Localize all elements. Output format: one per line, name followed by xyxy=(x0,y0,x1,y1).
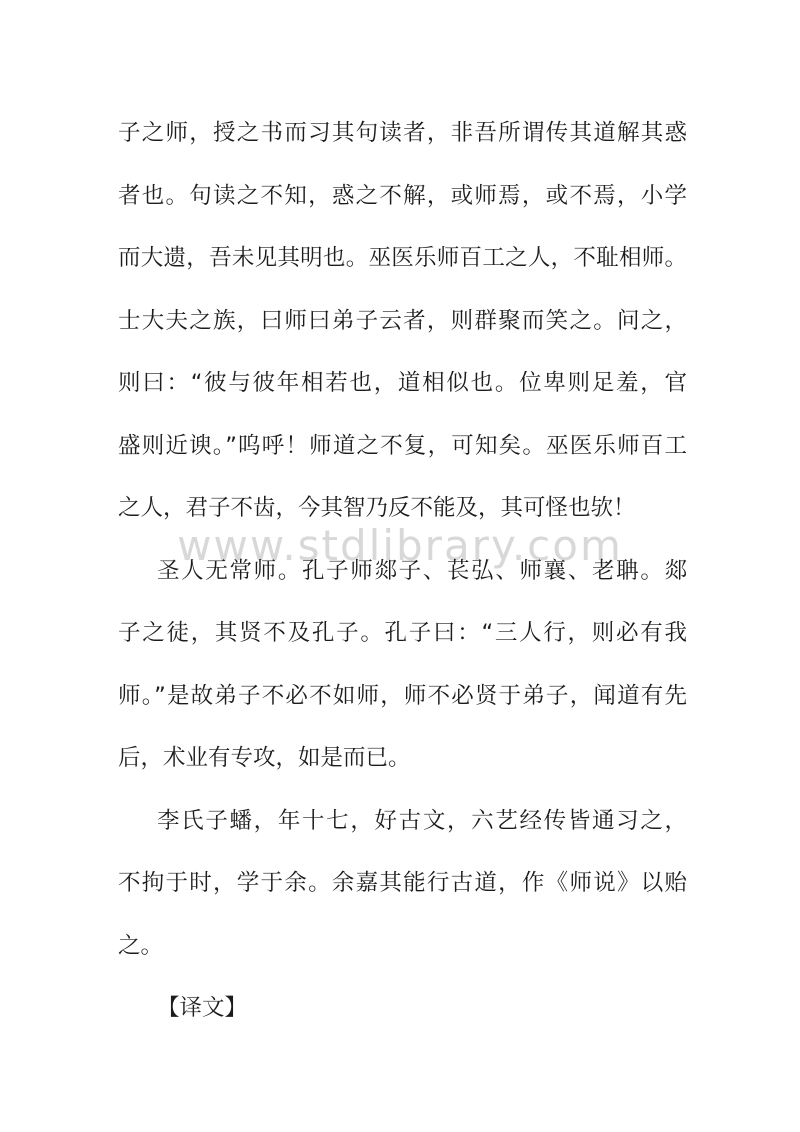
text-line: 李氏子蟠，年十七，好古文，六艺经传皆通习之， xyxy=(118,790,687,853)
text-line: 者也。句读之不知，惑之不解，或师焉，或不焉，小学 xyxy=(118,165,687,228)
text-line: 士大夫之族，曰师曰弟子云者，则群聚而笑之。问之， xyxy=(118,290,687,353)
text-line: 师。”是故弟子不必不如师，师不必贤于弟子，闻道有先 xyxy=(118,665,687,728)
document-page: www.stdlibrary.com 子之师，授之书而习其句读者，非吾所谓传其道… xyxy=(0,0,800,1132)
text-line: 之人，君子不齿，今其智乃反不能及，其可怪也欤！ xyxy=(118,477,687,540)
text-line: 不拘于时，学于余。余嘉其能行古道，作《师说》以贻 xyxy=(118,852,687,915)
text-line: 盛则近谀。”呜呼！师道之不复，可知矣。巫医乐师百工 xyxy=(118,415,687,478)
text-line: 则曰：“彼与彼年相若也，道相似也。位卑则足羞，官 xyxy=(118,352,687,415)
text-line: 圣人无常师。孔子师郯子、苌弘、师襄、老聃。郯 xyxy=(118,540,687,603)
text-line: 之。 xyxy=(118,915,687,978)
text-line: 而大遗，吾未见其明也。巫医乐师百工之人，不耻相师。 xyxy=(118,227,687,290)
document-body: 子之师，授之书而习其句读者，非吾所谓传其道解其惑者也。句读之不知，惑之不解，或师… xyxy=(118,102,687,1040)
text-line: 后，术业有专攻，如是而已。 xyxy=(118,727,687,790)
text-line: 【译文】 xyxy=(118,977,687,1040)
text-line: 子之徒，其贤不及孔子。孔子曰：“三人行，则必有我 xyxy=(118,602,687,665)
text-line: 子之师，授之书而习其句读者，非吾所谓传其道解其惑 xyxy=(118,102,687,165)
